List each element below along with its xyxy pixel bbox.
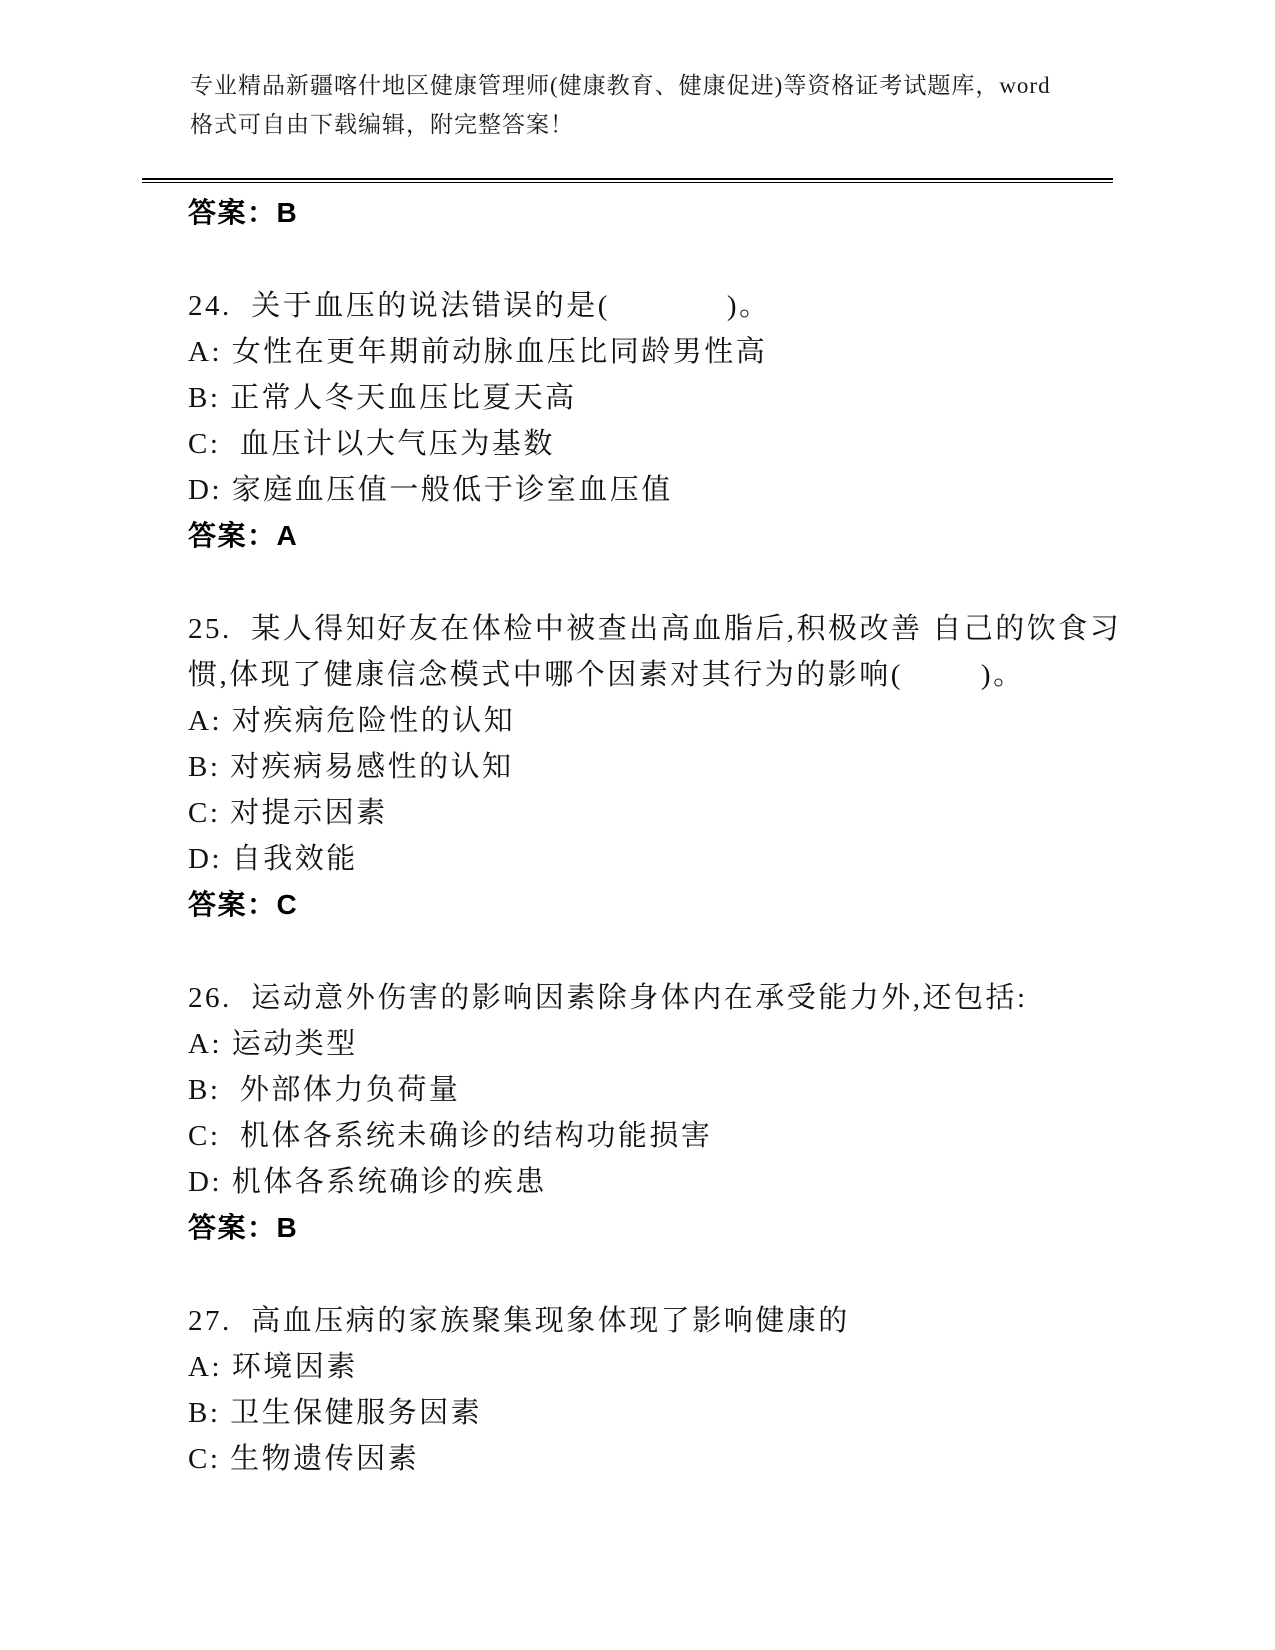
- page-header-text: 专业精品新疆喀什地区健康管理师(健康教育、健康促进)等资格证考试题库，word …: [190, 66, 1090, 144]
- question-26-title: 26. 运动意外伤害的影响因素除身体内在承受能力外,还包括:: [188, 975, 1198, 1021]
- question-24-option-a: A: 女性在更年期前动脉血压比同龄男性高: [188, 329, 1198, 375]
- question-25-option-a: A: 对疾病危险性的认知: [188, 698, 1198, 744]
- question-24-option-b: B: 正常人冬天血压比夏天高: [188, 375, 1198, 421]
- question-26-answer: 答案：B: [188, 1205, 1198, 1251]
- question-25-answer: 答案：C: [188, 882, 1198, 928]
- question-24-answer: 答案：A: [188, 513, 1198, 559]
- question-24-option-c: C: 血压计以大气压为基数: [188, 421, 1198, 467]
- question-26-option-d: D: 机体各系统确诊的疾患: [188, 1159, 1198, 1205]
- question-26-option-a: A: 运动类型: [188, 1021, 1198, 1067]
- question-24-option-d: D: 家庭血压值一般低于诊室血压值: [188, 467, 1198, 513]
- question-25-option-c: C: 对提示因素: [188, 790, 1198, 836]
- document-page: 专业精品新疆喀什地区健康管理师(健康教育、健康促进)等资格证考试题库，word …: [0, 0, 1275, 1650]
- question-26-option-b: B: 外部体力负荷量: [188, 1067, 1198, 1113]
- question-27-option-a: A: 环境因素: [188, 1344, 1198, 1390]
- question-27-title: 27. 高血压病的家族聚集现象体现了影响健康的: [188, 1298, 1198, 1344]
- question-25: 25. 某人得知好友在体检中被查出高血脂后,积极改善 自己的饮食习 惯,体现了健…: [188, 606, 1198, 928]
- question-27-option-b: B: 卫生保健服务因素: [188, 1390, 1198, 1436]
- document-content: 答案：B 24. 关于血压的说法错误的是( )。 A: 女性在更年期前动脉血压比…: [188, 190, 1198, 1482]
- question-27-option-c: C: 生物遗传因素: [188, 1436, 1198, 1482]
- question-26-option-c: C: 机体各系统未确诊的结构功能损害: [188, 1113, 1198, 1159]
- question-24-title: 24. 关于血压的说法错误的是( )。: [188, 283, 1198, 329]
- previous-question-answer: 答案：B: [188, 190, 1198, 236]
- question-27: 27. 高血压病的家族聚集现象体现了影响健康的 A: 环境因素 B: 卫生保健服…: [188, 1298, 1198, 1482]
- question-25-option-b: B: 对疾病易感性的认知: [188, 744, 1198, 790]
- question-24: 24. 关于血压的说法错误的是( )。 A: 女性在更年期前动脉血压比同龄男性高…: [188, 283, 1198, 559]
- question-26: 26. 运动意外伤害的影响因素除身体内在承受能力外,还包括: A: 运动类型 B…: [188, 975, 1198, 1251]
- header-divider-line: [142, 178, 1113, 183]
- question-25-title: 25. 某人得知好友在体检中被查出高血脂后,积极改善 自己的饮食习 惯,体现了健…: [188, 606, 1198, 698]
- question-25-option-d: D: 自我效能: [188, 836, 1198, 882]
